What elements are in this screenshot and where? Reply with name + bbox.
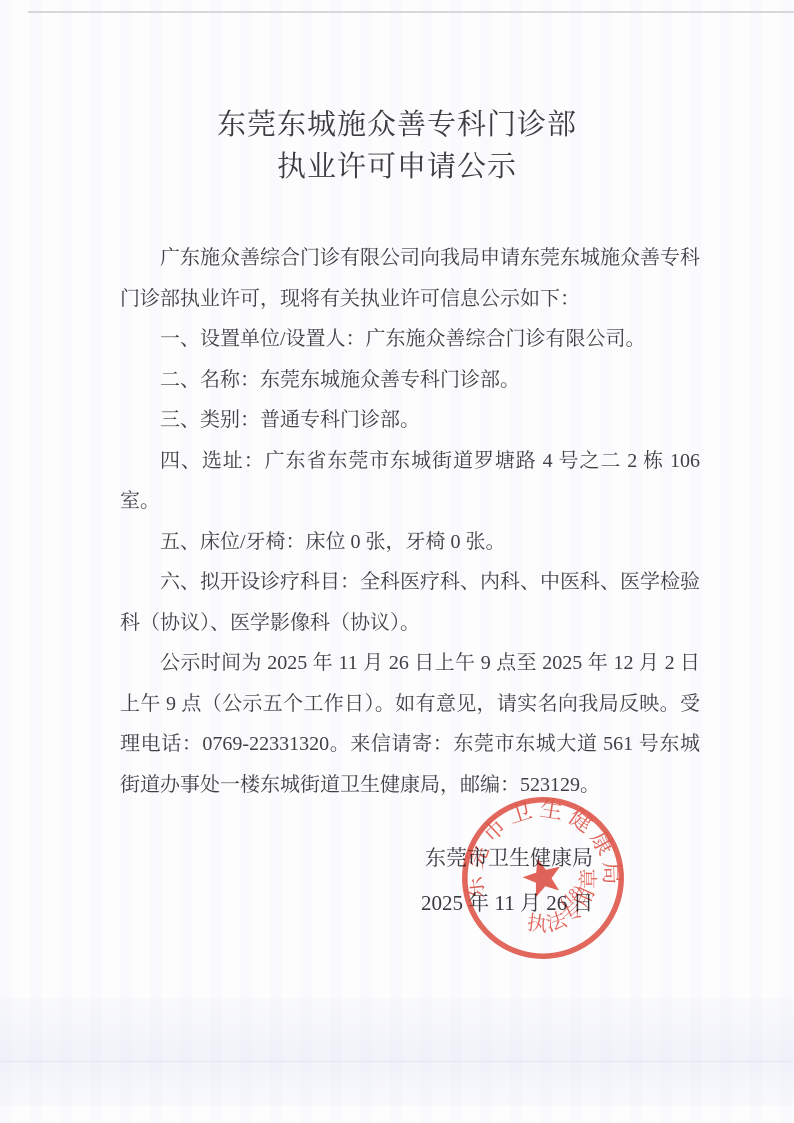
notice-item-4: 四、选址：广东省东莞市东城街道罗塘路 4 号之二 2 栋 106 室。 (120, 441, 700, 522)
closing-paragraph: 公示时间为 2025 年 11 月 26 日上午 9 点至 2025 年 12 … (120, 643, 700, 805)
document-body: 广东施众善综合门诊有限公司向我局申请东莞东城施众善专科门诊部执业许可，现将有关执… (120, 238, 700, 805)
star-icon (519, 853, 566, 899)
scan-artifact-top-line (28, 11, 794, 13)
scan-artifact-bottom-band (0, 998, 794, 1106)
notice-item-1: 一、设置单位/设置人：广东施众善综合门诊有限公司。 (120, 319, 700, 360)
document-title-line-2: 执业许可申请公示 (0, 146, 794, 188)
scanned-notice-page: 东莞东城施众善专科门诊部 执业许可申请公示 广东施众善综合门诊有限公司向我局申请… (0, 0, 794, 1123)
notice-item-5: 五、床位/牙椅：床位 0 张，牙椅 0 张。 (120, 522, 700, 563)
document-title-line-1: 东莞东城施众善专科门诊部 (0, 104, 794, 146)
intro-paragraph: 广东施众善综合门诊有限公司向我局申请东莞东城施众善专科门诊部执业许可，现将有关执… (120, 238, 700, 319)
official-seal-stamp: 东莞市卫生健康局 执法专用章 (18) (452, 787, 633, 968)
notice-item-3: 三、类别：普通专科门诊部。 (120, 400, 700, 441)
notice-item-6: 六、拟开设诊疗科目：全科医疗科、内科、中医科、医学检验科（协议）、医学影像科（协… (120, 562, 700, 643)
notice-item-2: 二、名称：东莞东城施众善专科门诊部。 (120, 360, 700, 401)
scan-artifact-bottom-line (0, 1061, 794, 1062)
document-title: 东莞东城施众善专科门诊部 执业许可申请公示 (0, 104, 794, 188)
